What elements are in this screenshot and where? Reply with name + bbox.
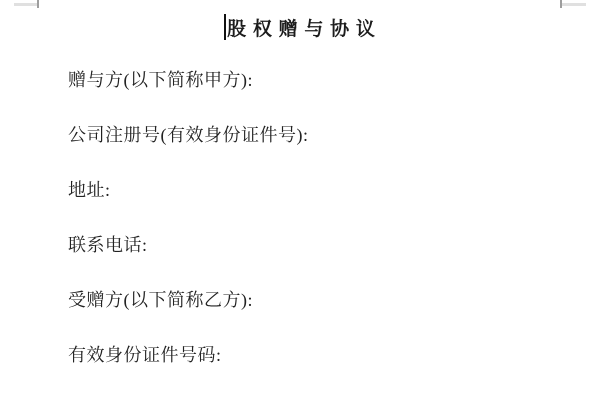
form-label-recipient[interactable]: 受赠方(以下简称乙方): (68, 290, 253, 310)
form-label-donor[interactable]: 赠与方(以下简称甲方): (68, 70, 253, 90)
margin-crop-mark-top-left-vertical (37, 0, 39, 8)
title-row: 股 权 赠 与 协 议 (0, 14, 600, 40)
form-label-phone[interactable]: 联系电话: (68, 235, 148, 255)
form-label-company-registration[interactable]: 公司注册号(有效身份证件号): (68, 125, 309, 145)
form-label-id-number[interactable]: 有效身份证件号码: (68, 345, 222, 365)
margin-crop-mark-top-left-horizontal (14, 3, 38, 6)
document-title[interactable]: 股 权 赠 与 协 议 (227, 14, 376, 41)
text-cursor-caret (224, 14, 226, 40)
form-label-address[interactable]: 地址: (68, 180, 111, 200)
document-page[interactable]: 股 权 赠 与 协 议 赠与方(以下简称甲方): 公司注册号(有效身份证件号):… (0, 0, 600, 400)
margin-crop-mark-top-right-horizontal (562, 3, 586, 6)
